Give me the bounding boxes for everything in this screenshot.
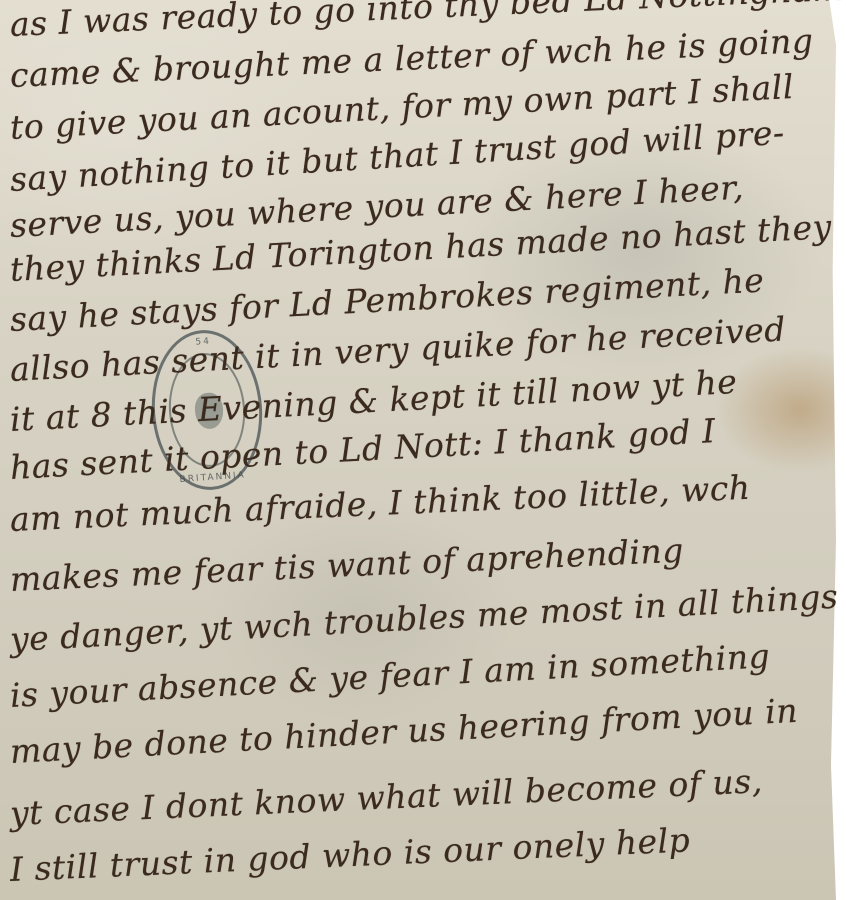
letter-page: 54 BRITANNIA as I was ready to go into t… xyxy=(0,0,846,900)
text-line: makes me fear tis want of aprehending xyxy=(9,531,684,599)
text-line: I still trust in god who is our onely he… xyxy=(9,820,691,889)
handwritten-text: as I was ready to go into thy bed Ld Not… xyxy=(0,0,846,900)
